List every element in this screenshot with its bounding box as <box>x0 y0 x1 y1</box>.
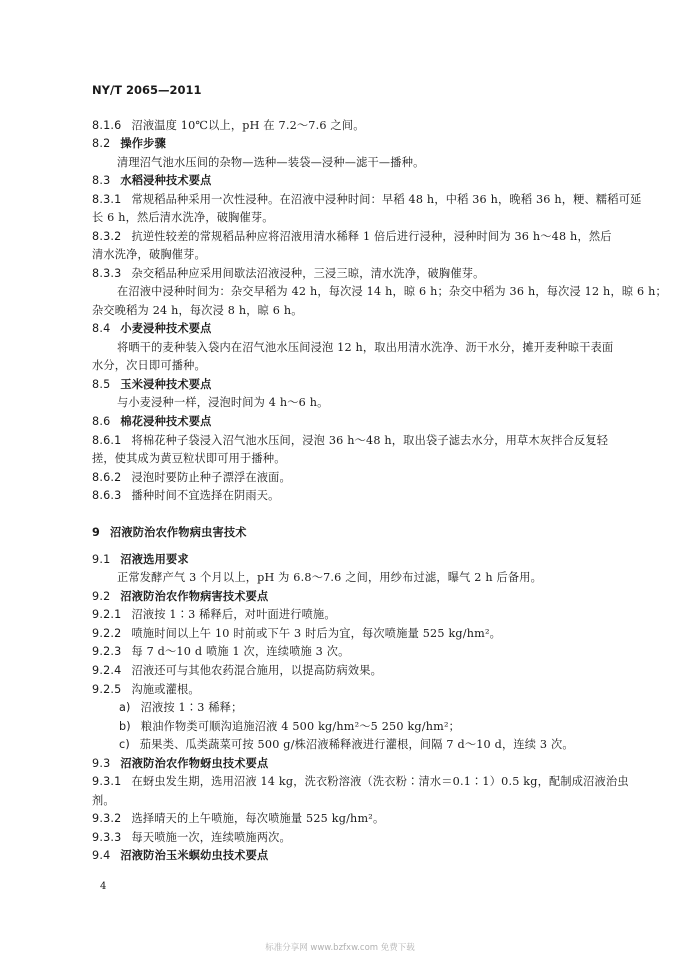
document-page: NY/T 2065—2011 8.1.6沼液温度 10℃以上，pH 在 7.2～… <box>0 0 680 960</box>
heading-9-2: 9.2沼液防治农作物病害技术要点 <box>92 590 602 604</box>
clause-8-6-1: 8.6.1将棉花种子袋浸入沼气池水压间，浸泡 36 h～48 h，取出袋子滤去水… <box>92 434 602 448</box>
list-item-b: b)粮油作物类可顺沟追施沼液 4 500 kg/hm²～5 250 kg/hm²… <box>119 720 629 734</box>
clause-9-2-2: 9.2.2喷施时间以上午 10 时前或下午 3 时后为宜，每次喷施量 525 k… <box>92 627 602 641</box>
heading-9-4: 9.4沼液防治玉米螟幼虫技术要点 <box>92 849 602 863</box>
clause-9-2-4: 9.2.4沼液还可与其他农药混合施用，以提高防病效果。 <box>92 664 602 678</box>
footer-watermark: 标准分享网 www.bzfxw.com 免费下载 <box>0 941 680 953</box>
page-number: 4 <box>100 881 106 892</box>
paragraph-continuation: 长 6 h，然后清水洗净，破胸催芽。 <box>92 211 602 225</box>
clause-9-2-3: 9.2.3每 7 d～10 d 喷施 1 次，连续喷施 3 次。 <box>92 645 602 659</box>
standard-id-header: NY/T 2065—2011 <box>92 83 202 97</box>
heading-8-3: 8.3水稻浸种技术要点 <box>92 174 602 188</box>
heading-9: 9沼液防治农作物病虫害技术 <box>92 526 602 540</box>
clause-8-3-2: 8.3.2抗逆性较差的常规稻品种应将沼液用清水稀释 1 倍后进行浸种，浸种时间为… <box>92 230 602 244</box>
clause-9-2-5: 9.2.5沟施或灌根。 <box>92 683 602 697</box>
clause-8-1-6: 8.1.6沼液温度 10℃以上，pH 在 7.2～7.6 之间。 <box>92 119 602 133</box>
clause-9-3-2: 9.3.2选择晴天的上午喷施，每次喷施量 525 kg/hm²。 <box>92 812 602 826</box>
paragraph: 正常发酵产气 3 个月以上，pH 为 6.8～7.6 之间，用纱布过滤，曝气 2… <box>117 571 627 585</box>
paragraph: 将晒干的麦种装入袋内在沼气池水压间浸泡 12 h，取出用清水洗净、沥干水分，摊开… <box>117 341 627 355</box>
clause-8-6-3: 8.6.3播种时间不宜选择在阴雨天。 <box>92 489 602 503</box>
paragraph-continuation: 杂交晚稻为 24 h，每次浸 8 h，晾 6 h。 <box>92 304 602 318</box>
clause-8-3-3: 8.3.3杂交稻品种应采用间歇法沼液浸种，三浸三晾，清水洗净，破胸催芽。 <box>92 267 602 281</box>
heading-8-5: 8.5玉米浸种技术要点 <box>92 378 602 392</box>
paragraph-continuation: 清水洗净，破胸催芽。 <box>92 248 602 262</box>
heading-8-6: 8.6棉花浸种技术要点 <box>92 415 602 429</box>
list-item-a: a)沼液按 1∶3 稀释； <box>119 701 629 715</box>
clause-9-2-1: 9.2.1沼液按 1∶3 稀释后，对叶面进行喷施。 <box>92 608 602 622</box>
paragraph-continuation: 剂。 <box>92 794 602 808</box>
heading-9-3: 9.3沼液防治农作物蚜虫技术要点 <box>92 757 602 771</box>
heading-8-4: 8.4小麦浸种技术要点 <box>92 322 602 336</box>
clause-8-6-2: 8.6.2浸泡时要防止种子漂浮在液面。 <box>92 471 602 485</box>
heading-8-2: 8.2操作步骤 <box>92 137 602 151</box>
heading-9-1: 9.1沼液选用要求 <box>92 553 602 567</box>
clause-9-3-1: 9.3.1在蚜虫发生期，选用沼液 14 kg，洗衣粉溶液（洗衣粉∶清水＝0.1∶… <box>92 775 602 789</box>
paragraph: 与小麦浸种一样，浸泡时间为 4 h～6 h。 <box>117 396 627 410</box>
clause-9-3-3: 9.3.3每天喷施一次，连续喷施两次。 <box>92 831 602 845</box>
paragraph: 在沼液中浸种时间为：杂交早稻为 42 h，每次浸 14 h，晾 6 h；杂交中稻… <box>117 285 627 299</box>
list-item-c: c)茄果类、瓜类蔬菜可按 500 g/株沼液稀释液进行灌根，间隔 7 d～10 … <box>119 738 629 752</box>
clause-8-3-1: 8.3.1常规稻品种采用一次性浸种。在沼液中浸种时间：早稻 48 h，中稻 36… <box>92 193 602 207</box>
paragraph-continuation: 搓，使其成为黄豆粒状即可用于播种。 <box>92 452 602 466</box>
paragraph: 清理沼气池水压间的杂物—选种—装袋—浸种—滤干—播种。 <box>117 156 627 170</box>
paragraph-continuation: 水分，次日即可播种。 <box>92 359 602 373</box>
